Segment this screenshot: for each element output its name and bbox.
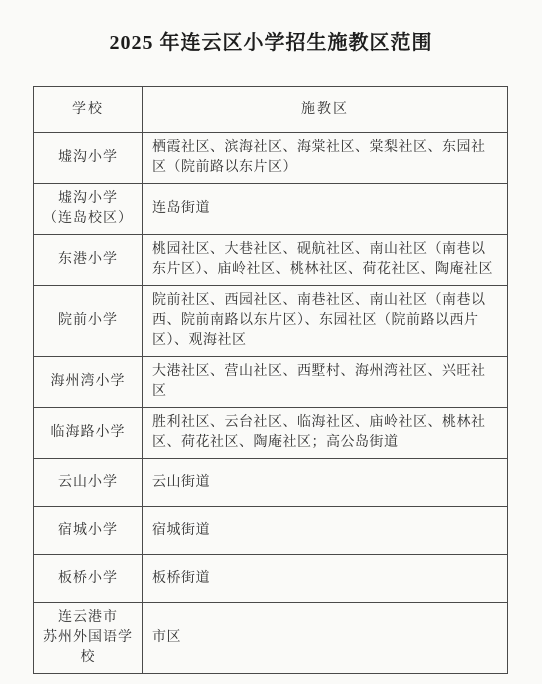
district-column-header: 施教区 xyxy=(143,87,508,133)
enrollment-zone-table: 学校 施教区 墟沟小学 栖霞社区、滨海社区、海棠社区、棠梨社区、东园社区（院前路… xyxy=(33,86,508,674)
district-cell: 院前社区、西园社区、南巷社区、南山社区（南巷以西、院前南路以东片区）、东园社区（… xyxy=(143,286,508,357)
district-cell: 胜利社区、云台社区、临海社区、庙岭社区、桃林社区、荷花社区、陶庵社区；高公岛街道 xyxy=(143,408,508,459)
table-row: 海州湾小学 大港社区、营山社区、西墅村、海州湾社区、兴旺社区 xyxy=(34,357,508,408)
school-cell: 连云港市 苏州外国语学校 xyxy=(34,603,143,674)
table-row: 东港小学 桃园社区、大巷社区、砚航社区、南山社区（南巷以东片区）、庙岭社区、桃林… xyxy=(34,235,508,286)
document-page: 2025 年连云区小学招生施教区范围 学校 施教区 墟沟小学 栖霞社区、滨海社区… xyxy=(0,0,542,684)
district-cell: 桃园社区、大巷社区、砚航社区、南山社区（南巷以东片区）、庙岭社区、桃林社区、荷花… xyxy=(143,235,508,286)
school-cell: 云山小学 xyxy=(34,459,143,507)
table-row: 连云港市 苏州外国语学校 市区 xyxy=(34,603,508,674)
table-row: 临海路小学 胜利社区、云台社区、临海社区、庙岭社区、桃林社区、荷花社区、陶庵社区… xyxy=(34,408,508,459)
table-row: 院前小学 院前社区、西园社区、南巷社区、南山社区（南巷以西、院前南路以东片区）、… xyxy=(34,286,508,357)
district-cell: 大港社区、营山社区、西墅村、海州湾社区、兴旺社区 xyxy=(143,357,508,408)
table-row: 墟沟小学 栖霞社区、滨海社区、海棠社区、棠梨社区、东园社区（院前路以东片区） xyxy=(34,133,508,184)
school-column-header: 学校 xyxy=(34,87,143,133)
district-cell: 宿城街道 xyxy=(143,507,508,555)
school-cell: 板桥小学 xyxy=(34,555,143,603)
table-row: 云山小学 云山街道 xyxy=(34,459,508,507)
district-cell: 连岛街道 xyxy=(143,184,508,235)
district-cell: 栖霞社区、滨海社区、海棠社区、棠梨社区、东园社区（院前路以东片区） xyxy=(143,133,508,184)
table-row: 宿城小学 宿城街道 xyxy=(34,507,508,555)
district-cell: 云山街道 xyxy=(143,459,508,507)
school-cell: 宿城小学 xyxy=(34,507,143,555)
table-body: 墟沟小学 栖霞社区、滨海社区、海棠社区、棠梨社区、东园社区（院前路以东片区） 墟… xyxy=(34,133,508,674)
district-cell: 板桥街道 xyxy=(143,555,508,603)
table-row: 墟沟小学 （连岛校区） 连岛街道 xyxy=(34,184,508,235)
page-title: 2025 年连云区小学招生施教区范围 xyxy=(0,26,542,55)
school-cell: 院前小学 xyxy=(34,286,143,357)
school-cell: 墟沟小学 （连岛校区） xyxy=(34,184,143,235)
school-cell: 东港小学 xyxy=(34,235,143,286)
school-cell: 海州湾小学 xyxy=(34,357,143,408)
school-cell: 墟沟小学 xyxy=(34,133,143,184)
table-row: 板桥小学 板桥街道 xyxy=(34,555,508,603)
header-row: 学校 施教区 xyxy=(34,87,508,133)
district-cell: 市区 xyxy=(143,603,508,674)
school-cell: 临海路小学 xyxy=(34,408,143,459)
